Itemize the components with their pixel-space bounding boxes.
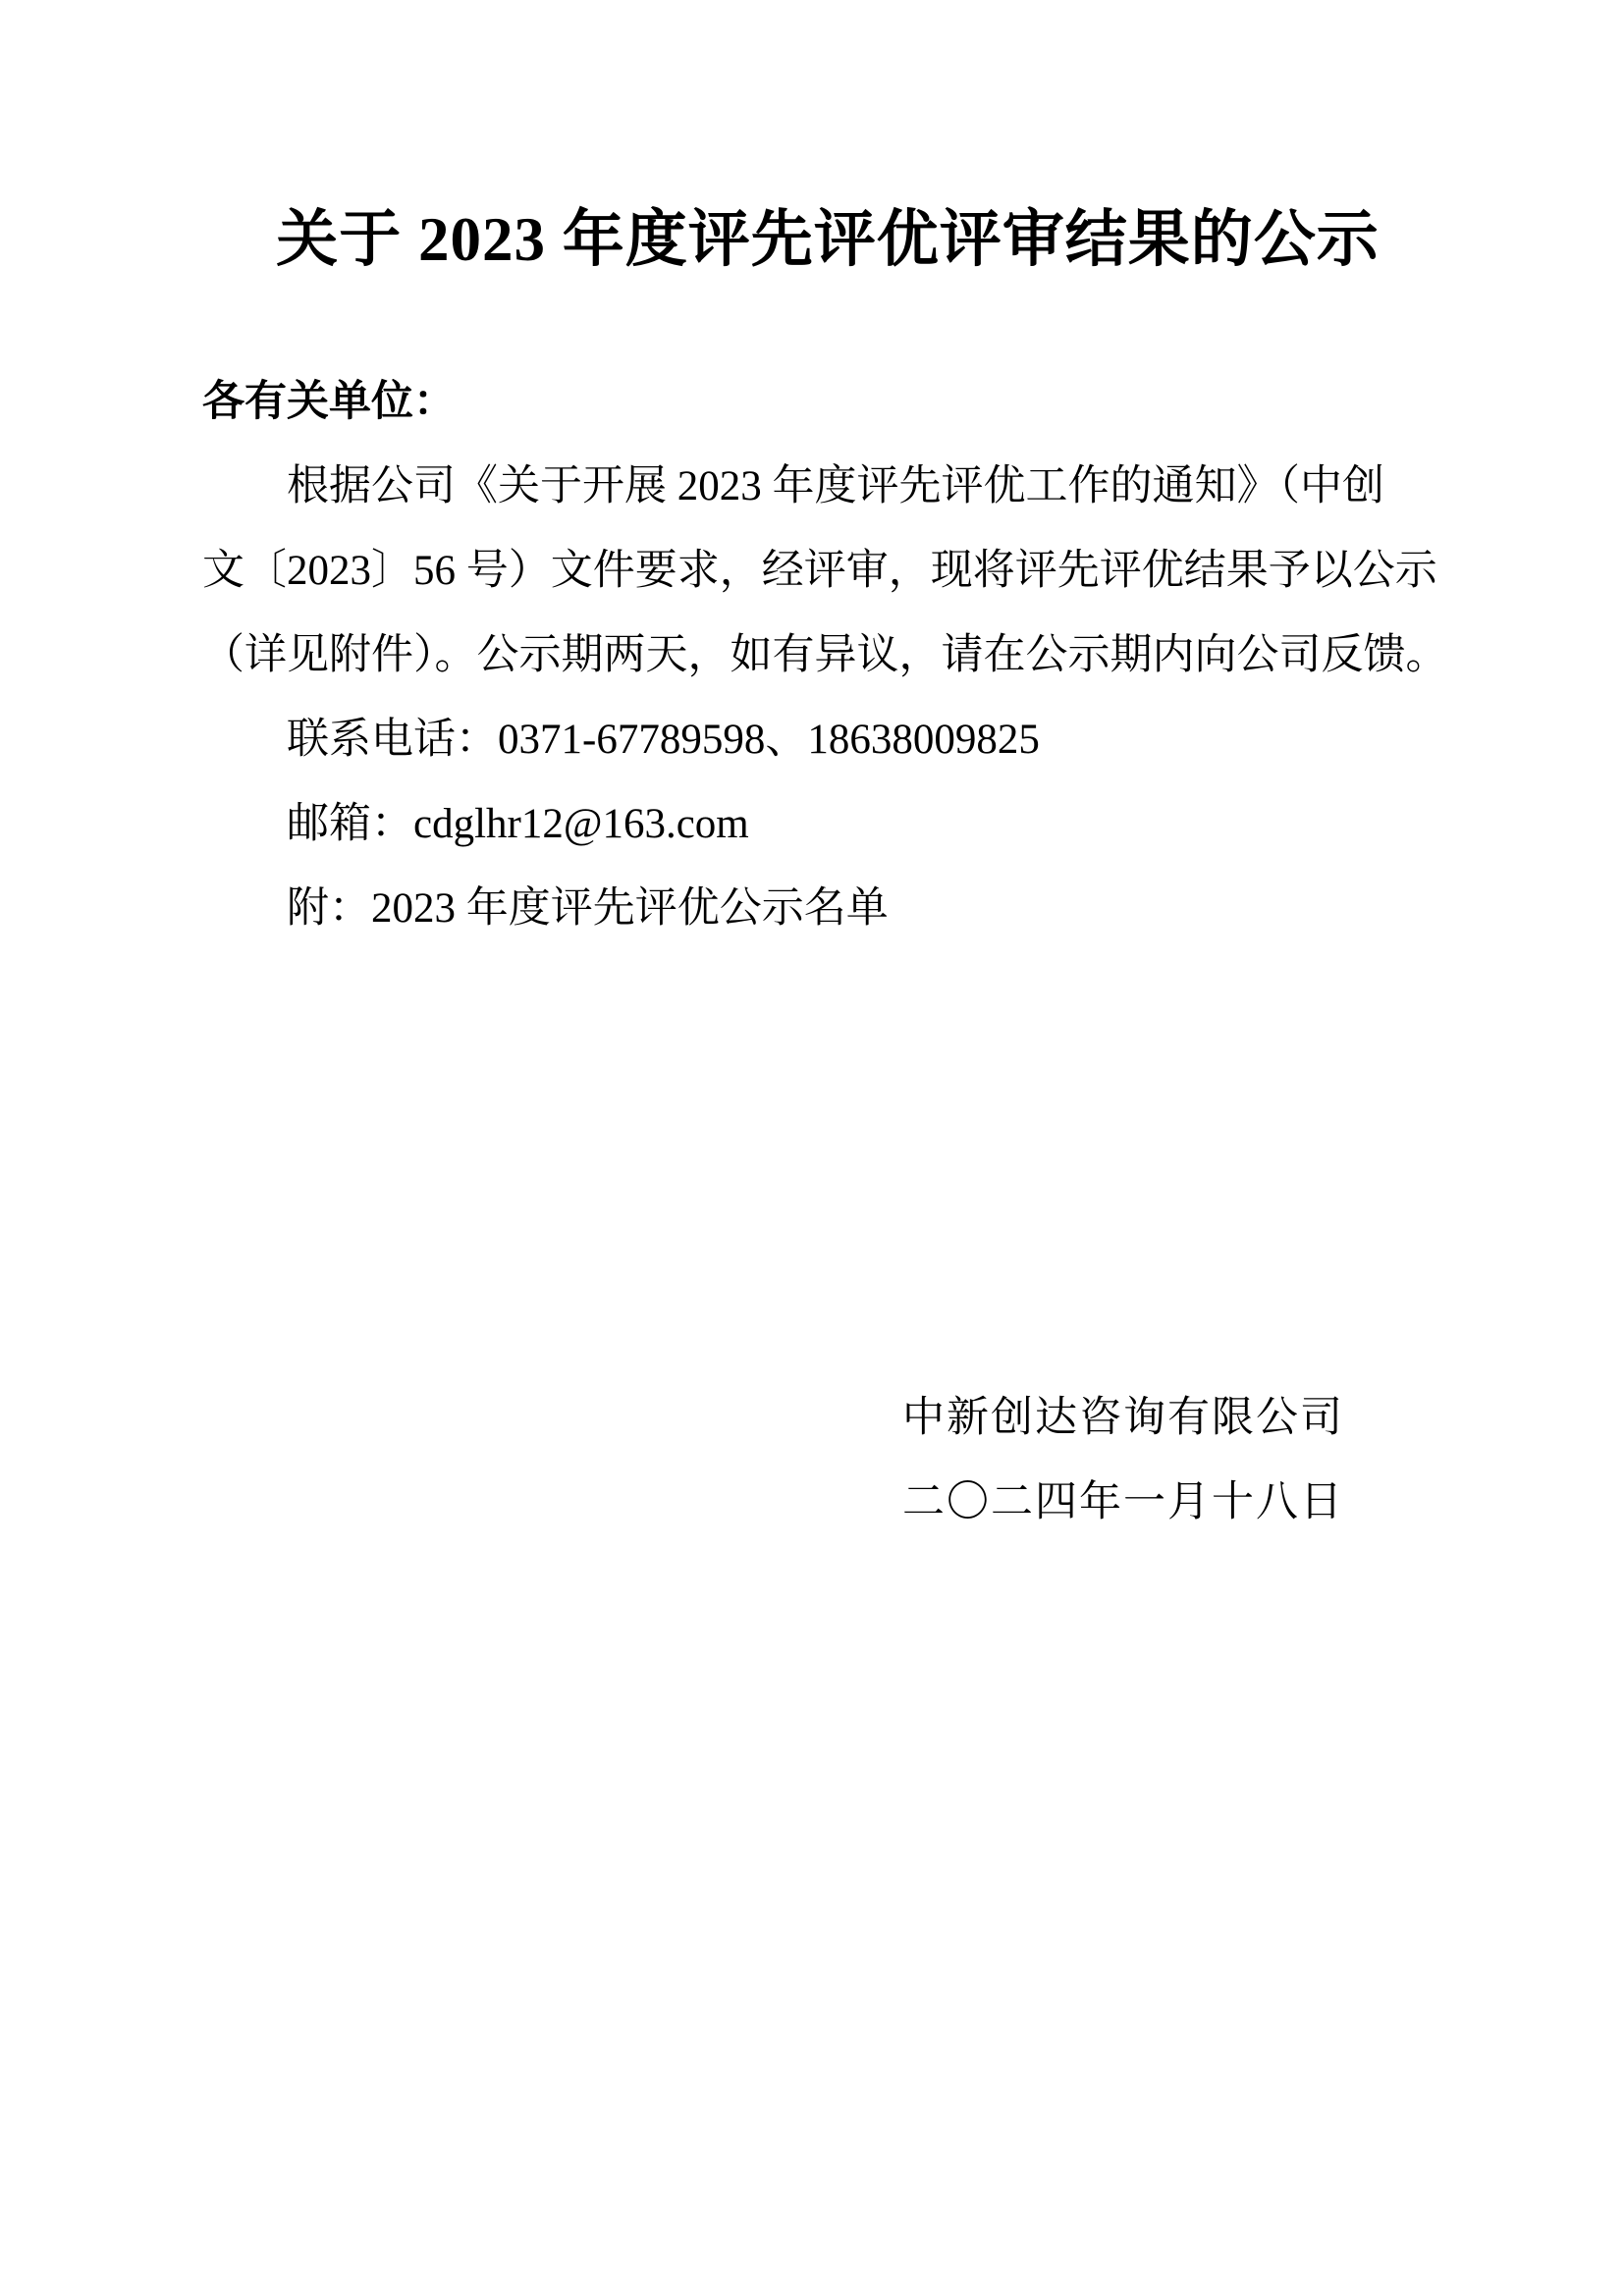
signature-date: 二〇二四年一月十八日 [902,1461,1344,1545]
attachment-note-line: 附：2023 年度评先评优公示名单 [202,867,1455,951]
document-page: 关于 2023 年度评先评优评审结果的公示 各有关单位： 根据公司《关于开展 2… [0,0,1624,2296]
signature-block: 中新创达咨询有限公司 二〇二四年一月十八日 [902,1376,1344,1545]
document-title: 关于 2023 年度评先评优评审结果的公示 [201,192,1454,287]
contact-email-line: 邮箱：cdglhr12@163.com [202,782,1455,867]
paragraph-line-3: （详见附件）。公示期两天，如有异议，请在公示期内向公司反馈。 [202,614,1455,698]
document-body: 各有关单位： 根据公司《关于开展 2023 年度评先评优工作的通知》（中创 文〔… [202,360,1455,951]
salutation-line: 各有关单位： [202,360,1455,445]
signature-company: 中新创达咨询有限公司 [902,1376,1344,1461]
contact-phone-line: 联系电话：0371-67789598、18638009825 [202,698,1455,782]
paragraph-line-2: 文〔2023〕56 号）文件要求，经评审，现将评先评优结果予以公示 [202,529,1455,614]
paragraph-line-1: 根据公司《关于开展 2023 年度评先评优工作的通知》（中创 [202,445,1455,529]
